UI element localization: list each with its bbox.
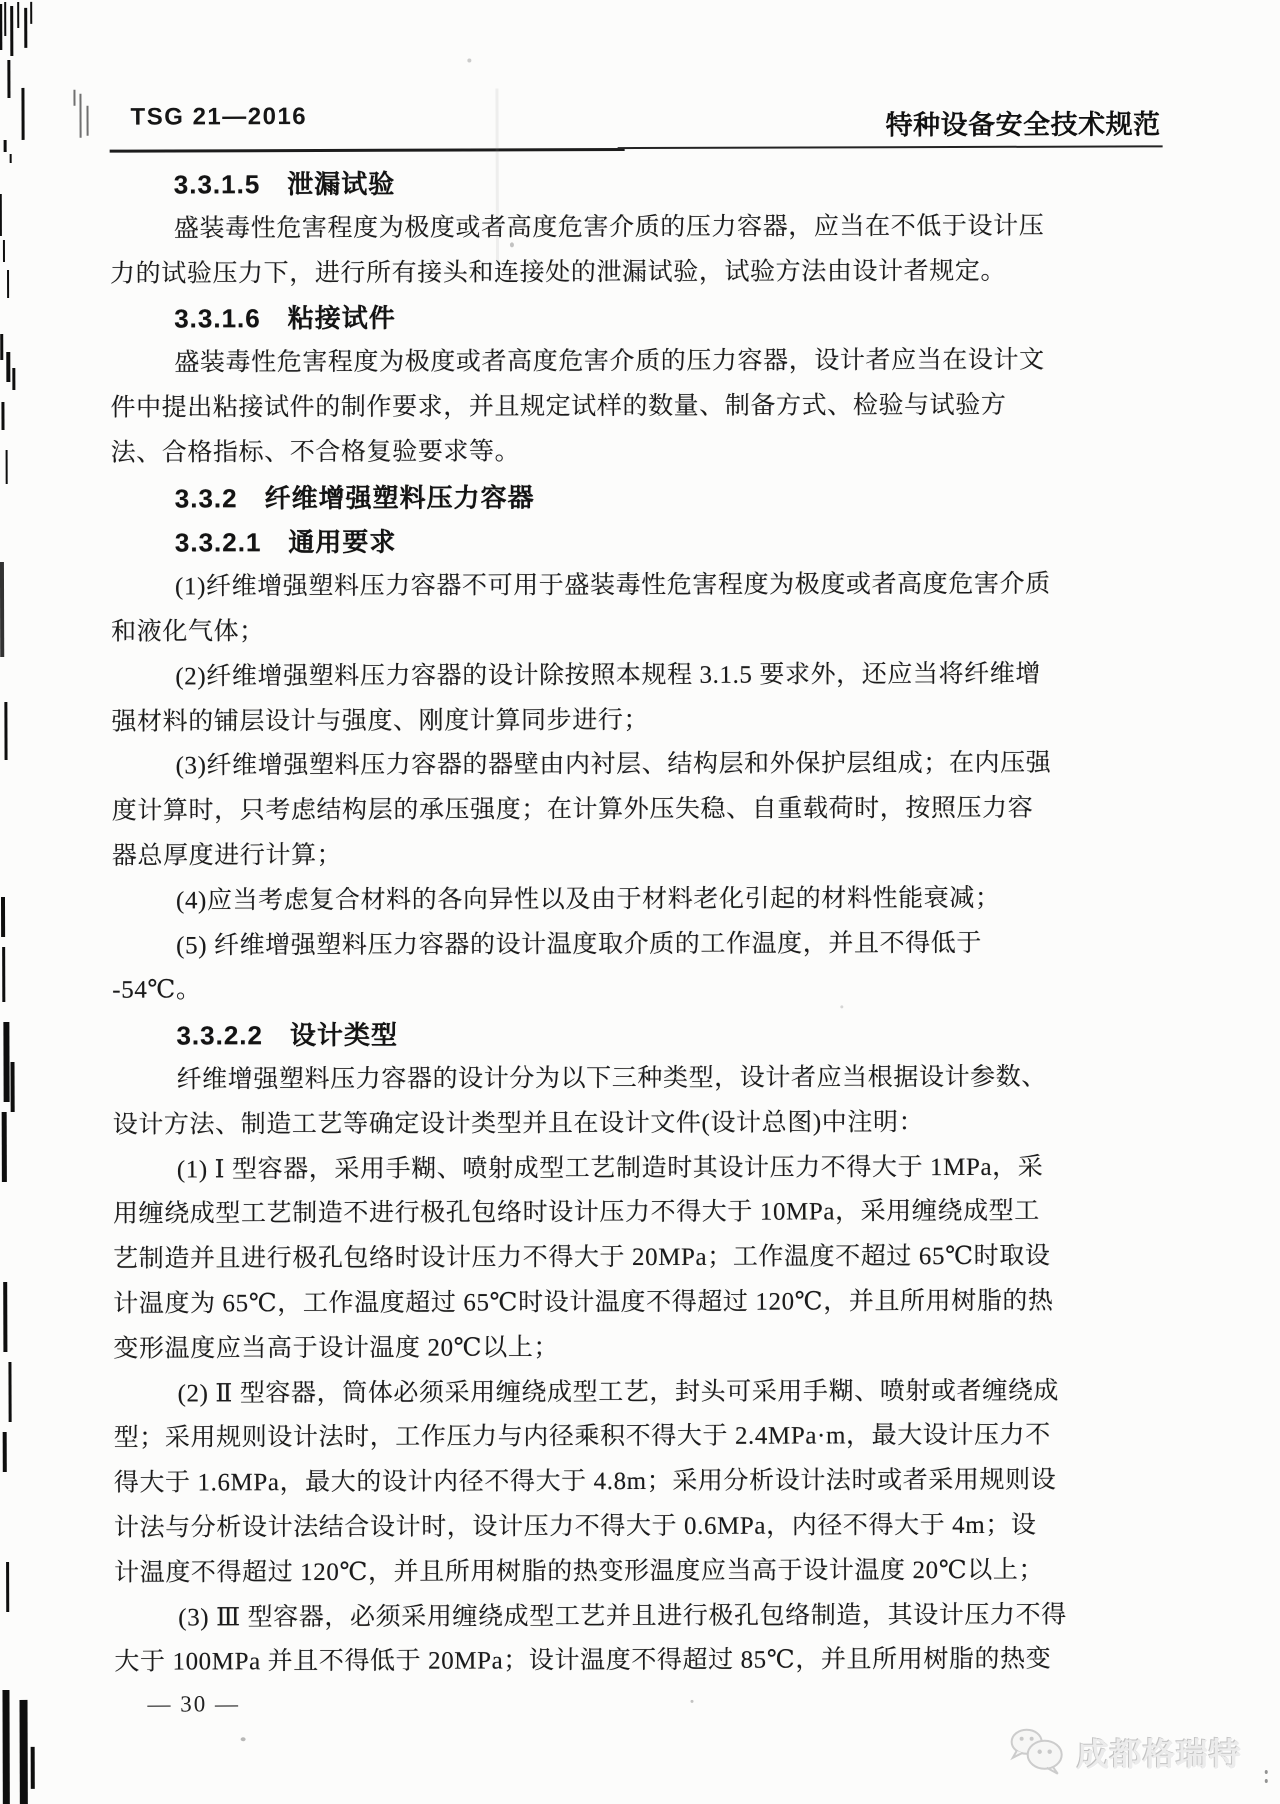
body-text-line: 法、合格指标、不合格复验要求等。 bbox=[111, 429, 1026, 477]
scan-artifact bbox=[0, 562, 4, 657]
scan-artifact bbox=[73, 90, 75, 106]
scan-artifact bbox=[0, 334, 3, 360]
body-text-line: 件中提出粘接试件的制作要求，并且规定试样的数量、制备方式、检验与试验方 bbox=[110, 384, 1025, 432]
section-heading: 3.3.2 纤维增强塑料压力容器 bbox=[111, 473, 1026, 521]
scan-artifact bbox=[10, 6, 13, 56]
body-text-line: 和液化气体； bbox=[111, 608, 1026, 656]
scan-streak bbox=[495, 88, 499, 263]
section-heading: 3.3.1.6 粘接试件 bbox=[110, 294, 1025, 342]
body-text-line: (1)纤维增强塑料压力容器不可用于盛装毒性危害程度为极度或者高度危害介质 bbox=[111, 563, 1026, 611]
scan-artifact bbox=[3, 240, 5, 262]
watermark: 成都格瑞特 bbox=[1007, 1724, 1267, 1781]
scan-artifact bbox=[7, 270, 9, 298]
scan-artifact bbox=[3, 1282, 7, 1352]
document-code: TSG 21—2016 bbox=[130, 103, 307, 132]
section-heading: 3.3.1.5 泄漏试验 bbox=[110, 160, 1025, 208]
scan-artifact bbox=[3, 1432, 7, 1472]
body-text-line: 纤维增强塑料压力容器的设计分为以下三种类型，设计者应当根据设计参数、 bbox=[112, 1056, 1027, 1104]
body-text-line: -54℃。 bbox=[112, 966, 1027, 1014]
document-body: 3.3.1.5 泄漏试验盛装毒性危害程度为极度或者高度危害介质的压力容器，应当在… bbox=[110, 160, 1030, 1686]
section-heading: 3.3.2.2 设计类型 bbox=[112, 1011, 1027, 1059]
scan-artifact bbox=[4, 2, 6, 36]
scan-artifact bbox=[1, 402, 4, 430]
body-text-line: 器总厚度进行计算； bbox=[112, 832, 1027, 880]
body-text-line: (2)纤维增强塑料压力容器的设计除按照本规程 3.1.5 要求外，还应当将纤维增 bbox=[111, 653, 1026, 701]
body-text-line: (3) Ⅲ 型容器，必须采用缠绕成型工艺并且进行极孔包络制造，其设计压力不得 bbox=[114, 1593, 1029, 1641]
body-text-line: 得大于 1.6MPa，最大的设计内径不得大于 4.8m；采用分析设计法时或者采用… bbox=[114, 1459, 1029, 1507]
scan-artifact bbox=[7, 60, 10, 98]
scan-speck bbox=[691, 1700, 694, 1703]
body-text-line: 盛装毒性危害程度为极度或者高度危害介质的压力容器，应当在不低于设计压 bbox=[110, 205, 1025, 253]
scan-artifact bbox=[87, 106, 89, 136]
body-text-line: 计温度为 65℃，工作温度超过 65℃时设计温度不得超过 120℃，并且所用树脂… bbox=[113, 1280, 1028, 1328]
document-title: 特种设备安全技术规范 bbox=[885, 102, 1160, 142]
body-text-line: (5) 纤维增强塑料压力容器的设计温度取介质的工作温度，并且不得低于 bbox=[112, 921, 1027, 969]
scan-speck bbox=[840, 1005, 843, 1008]
scan-artifact bbox=[3, 1022, 9, 1102]
scan-artifact bbox=[2, 1690, 9, 1804]
body-text-line: 强材料的铺层设计与强度、刚度计算同步进行； bbox=[111, 697, 1026, 745]
scan-speck bbox=[1265, 1779, 1268, 1783]
body-text-line: 艺制造并且进行极孔包络时设计压力不得大于 20MPa；工作温度不超过 65℃时取… bbox=[113, 1235, 1028, 1283]
body-text-line: 大于 100MPa 并且不得低于 20MPa；设计温度不得超过 85℃，并且所用… bbox=[114, 1638, 1029, 1686]
body-text-line: 用缠绕成型工艺制造不进行极孔包络时设计压力不得大于 10MPa，采用缠绕成型工 bbox=[113, 1190, 1028, 1238]
scan-artifact bbox=[2, 947, 5, 1002]
scan-artifact bbox=[11, 1062, 15, 1112]
body-text-line: 力的试验压力下，进行所有接头和连接处的泄漏试验，试验方法由设计者规定。 bbox=[110, 249, 1025, 297]
scan-artifact bbox=[31, 1747, 35, 1789]
page-number: — 30 — bbox=[147, 1691, 240, 1717]
section-heading: 3.3.2.1 通用要求 bbox=[111, 518, 1026, 566]
scan-artifact bbox=[4, 702, 7, 760]
body-text-line: 度计算时，只考虑结构层的承压强度；在计算外压失稳、自重载荷时，按照压力容 bbox=[112, 787, 1027, 835]
scan-artifact bbox=[20, 1700, 28, 1804]
scan-artifact bbox=[6, 352, 10, 382]
body-text-line: (1) Ⅰ 型容器，采用手糊、喷射成型工艺制造时其设计压力不得大于 1MPa，采 bbox=[113, 1145, 1028, 1193]
body-text-line: (2) Ⅱ 型容器，筒体必须采用缠绕成型工艺，封头可采用手糊、喷射或者缠绕成 bbox=[113, 1369, 1028, 1417]
scan-artifact bbox=[10, 154, 12, 163]
scan-artifact bbox=[0, 4, 2, 50]
body-text-line: 计温度不得超过 120℃，并且所用树脂的热变形温度应当高于设计温度 20℃以上； bbox=[114, 1548, 1029, 1596]
body-text-line: 变形温度应当高于设计温度 20℃以上； bbox=[113, 1325, 1028, 1373]
scan-artifact bbox=[17, 2, 19, 28]
header-rule bbox=[618, 145, 1163, 149]
scan-artifact bbox=[8, 1362, 11, 1422]
header-rule bbox=[110, 148, 625, 153]
watermark-text: 成都格瑞特 bbox=[1077, 1729, 1242, 1776]
body-text-line: 计法与分析设计法结合设计时，设计压力不得大于 0.6MPa，内径不得大于 4m；… bbox=[114, 1504, 1029, 1552]
scanned-document-page: TSG 21—2016 特种设备安全技术规范 3.3.1.5 泄漏试验盛装毒性危… bbox=[0, 0, 1280, 1804]
scan-artifact bbox=[79, 94, 81, 138]
scan-artifact bbox=[0, 194, 2, 236]
scan-speck bbox=[241, 1737, 246, 1741]
body-text-line: 设计方法、制造工艺等确定设计类型并且在设计文件(设计总图)中注明： bbox=[113, 1101, 1028, 1149]
body-text-line: (4)应当考虑复合材料的各向异性以及由于材料老化引起的材料性能衰减； bbox=[112, 877, 1027, 925]
scan-artifact bbox=[1, 897, 5, 937]
scan-artifact bbox=[2, 1112, 7, 1182]
scan-artifact bbox=[6, 1562, 9, 1612]
body-text-line: 盛装毒性危害程度为极度或者高度危害介质的压力容器，设计者应当在设计文 bbox=[110, 339, 1025, 387]
scan-speck bbox=[510, 242, 514, 247]
scan-artifact bbox=[30, 2, 32, 24]
scan-artifact bbox=[21, 88, 24, 140]
wechat-icon bbox=[1007, 1725, 1069, 1780]
page-content: TSG 21—2016 特种设备安全技术规范 3.3.1.5 泄漏试验盛装毒性危… bbox=[0, 0, 1280, 1804]
scan-speck bbox=[467, 59, 471, 63]
body-text-line: 型；采用规则设计法时，工作压力与内径乘积不得大于 2.4MPa·m，最大设计压力… bbox=[114, 1414, 1029, 1462]
scan-artifact bbox=[4, 140, 7, 152]
scan-artifact bbox=[6, 450, 8, 484]
scan-speck bbox=[1265, 1770, 1268, 1774]
body-text-line: (3)纤维增强塑料压力容器的器壁由内衬层、结构层和外保护层组成；在内压强 bbox=[112, 742, 1027, 790]
scan-artifact bbox=[12, 368, 15, 390]
scan-artifact bbox=[24, 8, 27, 48]
